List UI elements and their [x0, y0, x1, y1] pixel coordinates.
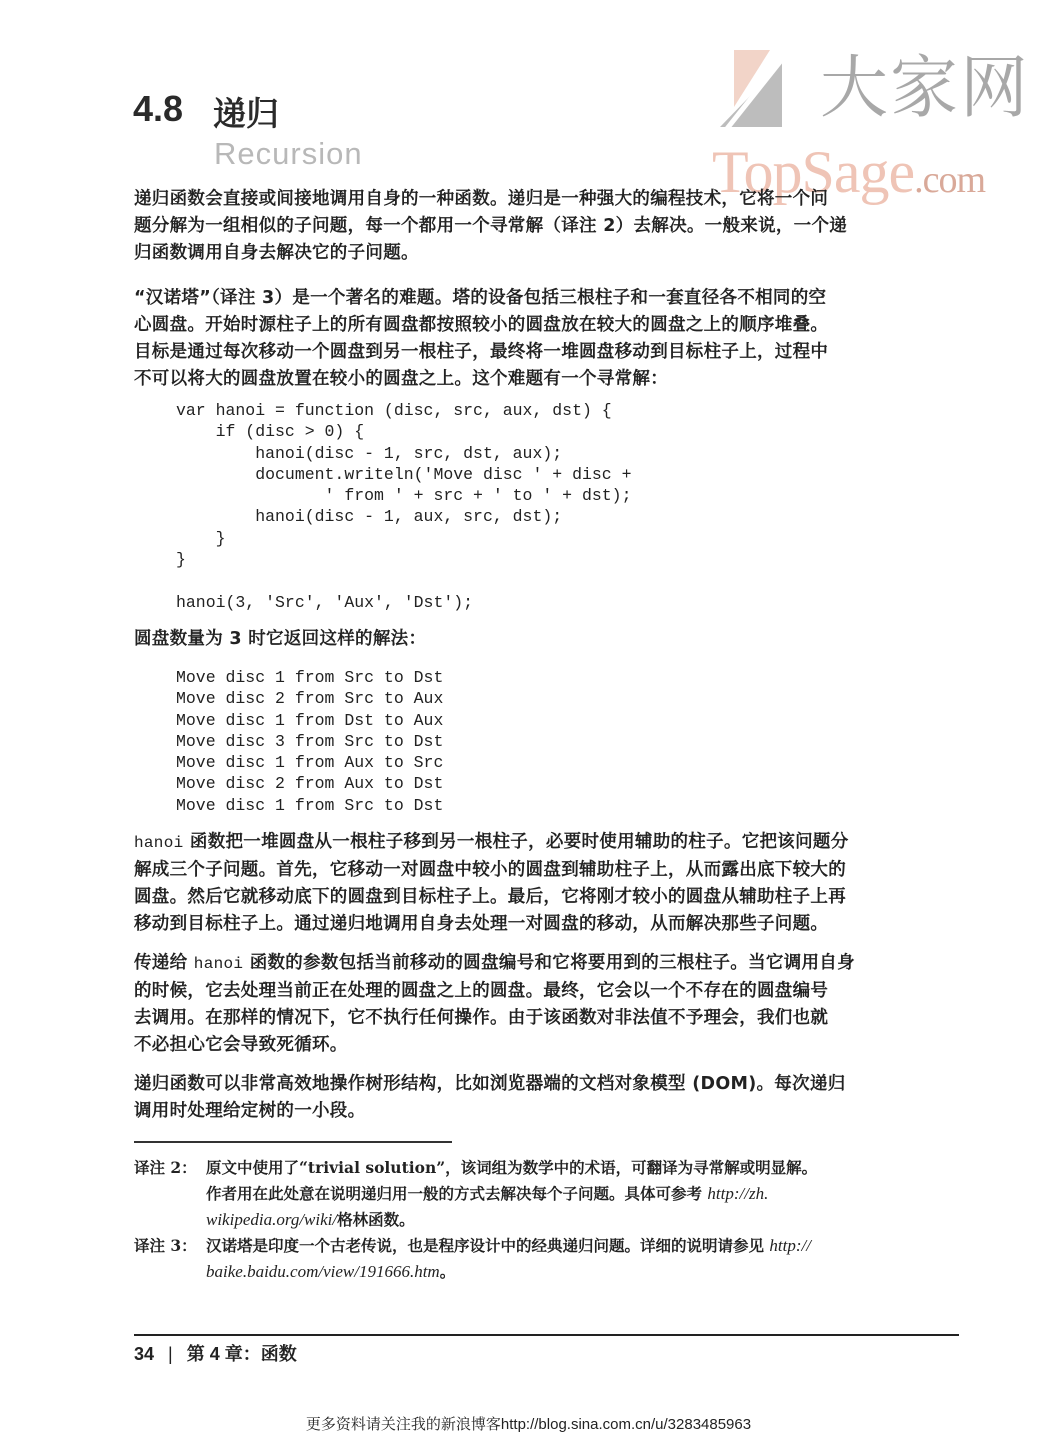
section-number: 4.8	[133, 88, 183, 130]
chapter-title: 第 4 章：函数	[187, 1344, 297, 1364]
paragraph-output-intro: 圆盘数量为 3 时它返回这样的解法：	[134, 626, 960, 653]
footnote-divider	[134, 1141, 452, 1143]
text-line: 题分解为一组相似的子问题，每一个都用一个寻常解（译注 2）去解决。一般来说，一个…	[134, 213, 960, 240]
text-line: 移动到目标柱子上。通过递归地调用自身去处理一对圆盘的移动，从而解决那些子问题。	[134, 911, 960, 938]
text-line: 不可以将大的圆盘放置在较小的圆盘之上。这个难题有一个寻常解：	[134, 366, 960, 393]
footer-rule	[134, 1334, 959, 1336]
text-line: 心圆盘。开始时源柱子上的所有圆盘都按照较小的圆盘放在较大的圆盘之上的顺序堆叠。	[134, 312, 960, 339]
section-subtitle: Recursion	[214, 136, 363, 172]
paragraph-tree: 递归函数可以非常高效地操作树形结构，比如浏览器端的文档对象模型 (DOM)。每次…	[134, 1071, 960, 1125]
footnote-2: 译注 2：原文中使用了“trivial solution”，该词组为数学中的术语…	[134, 1155, 964, 1233]
text-fragment: 传递给	[134, 953, 194, 973]
text-line: 解成三个子问题。首先，它移动一对圆盘中较小的圆盘到辅助柱子上，从而露出底下较大的	[134, 857, 960, 884]
footnote-link[interactable]: baike.baidu.com/view/191666.htm	[206, 1262, 440, 1281]
footnote-text: 。	[440, 1262, 456, 1281]
footnote-link[interactable]: wikipedia.org/wiki/	[206, 1210, 337, 1229]
inline-code: hanoi	[194, 955, 244, 973]
footnote-continuation: 作者用在此处意在说明递归用一般的方式去解决每个子问题。具体可参考 http://…	[134, 1181, 964, 1207]
watermark-chinese: 大家网	[820, 34, 1030, 131]
footnote-text: 格林函数。	[337, 1210, 415, 1229]
footnote-3: 译注 3：汉诺塔是印度一个古老传说，也是程序设计中的经典递归问题。详细的说明请参…	[134, 1233, 964, 1285]
paragraph-parameters: 传递给 hanoi 函数的参数包括当前移动的圆盘编号和它将要用到的三根柱子。当它…	[134, 950, 960, 1059]
footer-separator: |	[168, 1344, 173, 1364]
text-fragment: 函数的参数包括当前移动的圆盘编号和它将要用到的三根柱子。当它调用自身	[243, 953, 855, 973]
blog-promo-line: 更多资料请关注我的新浪博客http://blog.sina.com.cn/u/3…	[0, 1413, 1057, 1434]
text-line: 归函数调用自身去解决它的子问题。	[134, 240, 960, 267]
text-line: “汉诺塔”（译注 3）是一个著名的难题。塔的设备包括三根柱子和一套直径各不相同的…	[134, 285, 960, 312]
text-line: 传递给 hanoi 函数的参数包括当前移动的圆盘编号和它将要用到的三根柱子。当它…	[134, 950, 960, 978]
section-title: 递归	[213, 88, 279, 135]
text-line: 圆盘数量为 3 时它返回这样的解法：	[134, 626, 960, 653]
output-block: Move disc 1 from Src to Dst Move disc 2 …	[176, 667, 443, 816]
topsage-logo-icon	[712, 45, 812, 145]
text-line: 圆盘。然后它就移动底下的圆盘到目标柱子上。最后，它将刚才较小的圆盘从辅助柱子上再	[134, 884, 960, 911]
footnote-text: 作者用在此处意在说明递归用一般的方式去解决每个子问题。具体可参考	[206, 1184, 707, 1203]
text-line: 不必担心它会导致死循环。	[134, 1032, 960, 1059]
footnote-text: 汉诺塔是印度一个古老传说，也是程序设计中的经典递归问题。详细的说明请参见	[206, 1236, 769, 1255]
paragraph-intro: 递归函数会直接或间接地调用自身的一种函数。递归是一种强大的编程技术，它将一个问 …	[134, 186, 960, 267]
text-fragment: 函数把一堆圆盘从一根柱子移到另一根柱子，必要时使用辅助的柱子。它把该问题分	[184, 832, 849, 852]
text-line: 目标是通过每次移动一个圆盘到另一根柱子，最终将一堆圆盘移动到目标柱子上，过程中	[134, 339, 960, 366]
footnote-link[interactable]: http://	[769, 1236, 811, 1255]
text-line: hanoi 函数把一堆圆盘从一根柱子移到另一根柱子，必要时使用辅助的柱子。它把该…	[134, 829, 960, 857]
text-line: 去调用。在那样的情况下，它不执行任何操作。由于该函数对非法值不予理会，我们也就	[134, 1005, 960, 1032]
page-number: 34	[134, 1344, 154, 1364]
text-line: 调用时处理给定树的一小段。	[134, 1098, 960, 1125]
footnote-label: 译注 3：	[134, 1233, 206, 1259]
paragraph-hanoi: “汉诺塔”（译注 3）是一个著名的难题。塔的设备包括三根柱子和一套直径各不相同的…	[134, 285, 960, 393]
footnote-text: 原文中使用了“trivial solution”，该词组为数学中的术语，可翻译为…	[206, 1158, 817, 1177]
text-line: 递归函数可以非常高效地操作树形结构，比如浏览器端的文档对象模型 (DOM)。每次…	[134, 1071, 960, 1098]
page-footer: 34|第 4 章：函数	[134, 1340, 297, 1366]
text-line: 递归函数会直接或间接地调用自身的一种函数。递归是一种强大的编程技术，它将一个问	[134, 186, 960, 213]
footnote-link[interactable]: http://zh.	[707, 1184, 768, 1203]
inline-code: hanoi	[134, 834, 184, 852]
footnote-continuation: baike.baidu.com/view/191666.htm。	[134, 1259, 964, 1285]
text-line: 的时候，它去处理当前正在处理的圆盘之上的圆盘。最终，它会以一个不存在的圆盘编号	[134, 978, 960, 1005]
code-block: var hanoi = function (disc, src, aux, ds…	[176, 400, 631, 613]
paragraph-explanation: hanoi 函数把一堆圆盘从一根柱子移到另一根柱子，必要时使用辅助的柱子。它把该…	[134, 829, 960, 938]
footnote-continuation: wikipedia.org/wiki/格林函数。	[134, 1207, 964, 1233]
footnote-label: 译注 2：	[134, 1155, 206, 1181]
